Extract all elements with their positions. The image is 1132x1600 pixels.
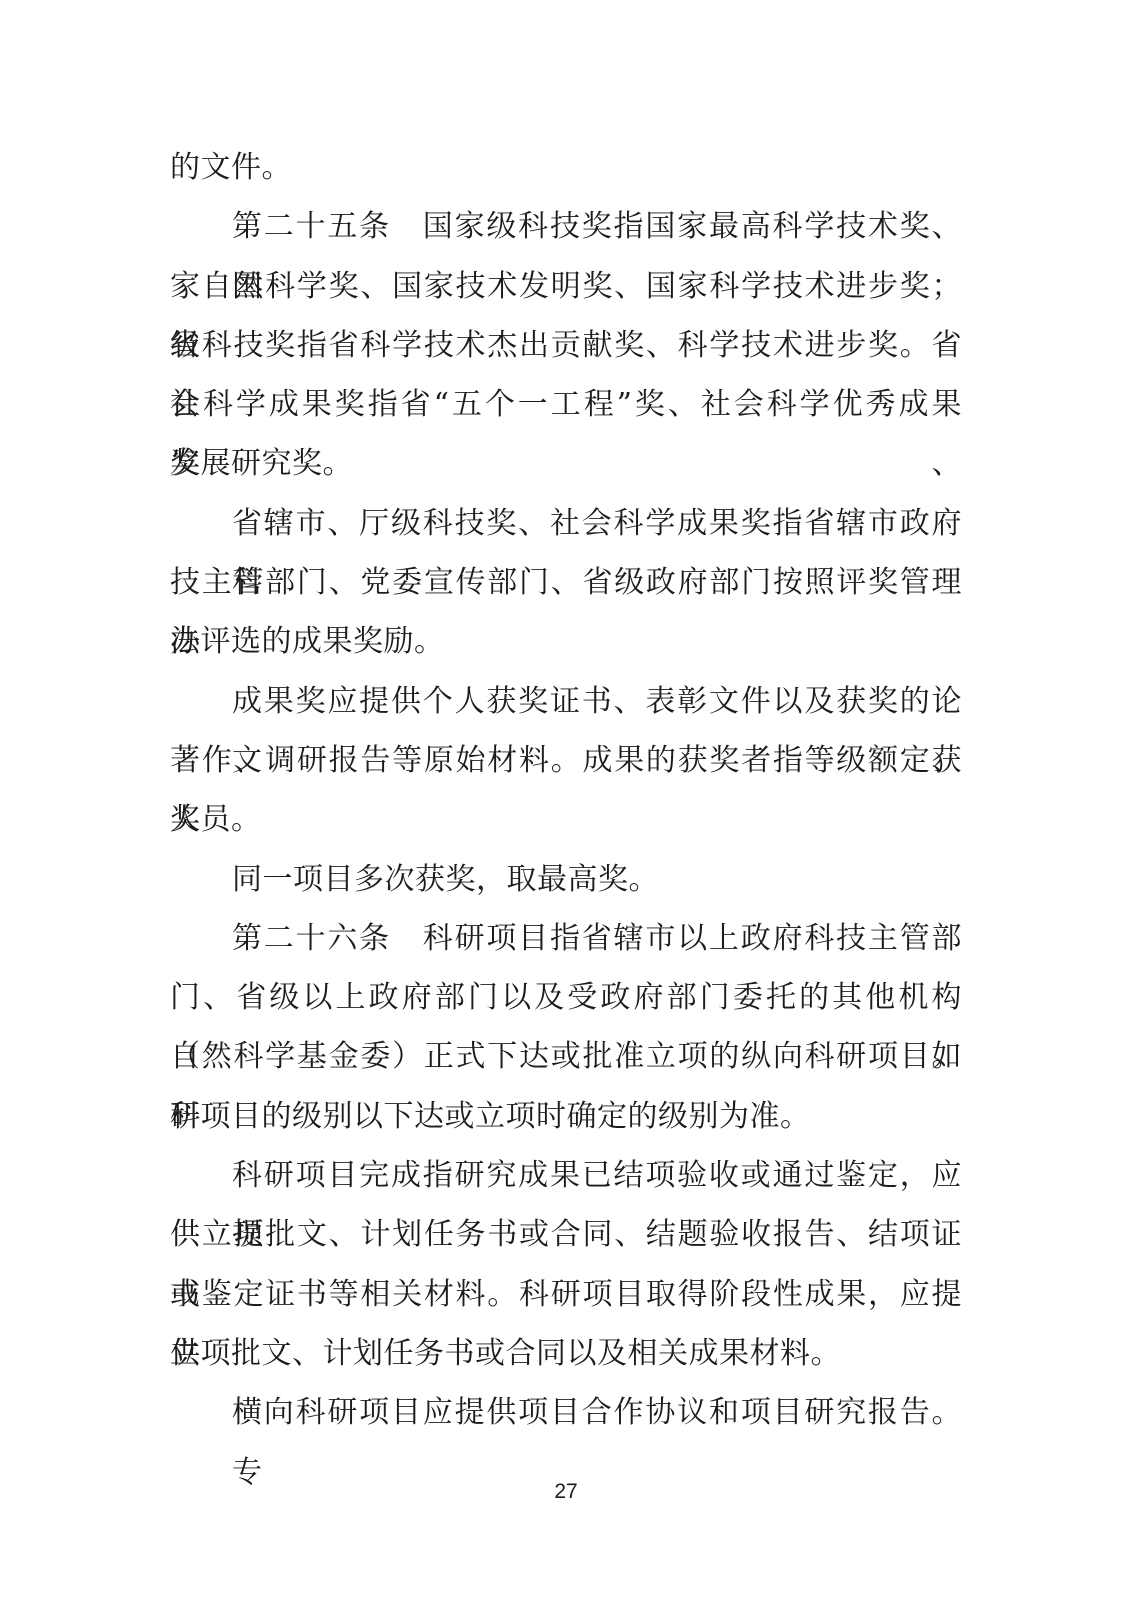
text-line: 第二十六条 科研项目指省辖市以上政府科技主管部	[170, 909, 962, 968]
text-line: 会科学成果奖指省“五个一工程”奖、社会科学优秀成果奖、	[170, 375, 962, 434]
text-line: 人员。	[170, 790, 962, 849]
text-line: 或鉴定证书等相关材料。科研项目取得阶段性成果，应提供	[170, 1265, 962, 1324]
page-number: 27	[0, 1480, 1132, 1504]
text-line: 的文件。	[170, 138, 962, 197]
text-line: 横向科研项目应提供项目合作协议和项目研究报告。专	[170, 1383, 962, 1442]
text-line: 家自然科学奖、国家技术发明奖、国家科学技术进步奖；省	[170, 257, 962, 316]
text-line: 法评选的成果奖励。	[170, 612, 962, 671]
text-line: 著作、调研报告等原始材料。成果的获奖者指等级额定获奖	[170, 731, 962, 790]
text-line: 科研项目完成指研究成果已结项验收或通过鉴定，应提	[170, 1146, 962, 1205]
text-line: 技主管部门、党委宣传部门、省级政府部门按照评奖管理办	[170, 553, 962, 612]
text-line: 级科技奖指省科学技术杰出贡献奖、科学技术进步奖。省社	[170, 316, 962, 375]
text-line: 自然科学基金委）正式下达或批准立项的纵向科研项目。科	[170, 1027, 962, 1086]
text-line: 成果奖应提供个人获奖证书、表彰文件以及获奖的论文、	[170, 672, 962, 731]
text-line: 省辖市、厅级科技奖、社会科学成果奖指省辖市政府科	[170, 494, 962, 553]
text-line: 供立项批文、计划任务书或合同、结题验收报告、结项证书	[170, 1205, 962, 1264]
text-line: 研项目的级别以下达或立项时确定的级别为准。	[170, 1087, 962, 1146]
text-line: 立项批文、计划任务书或合同以及相关成果材料。	[170, 1324, 962, 1383]
text-line: 同一项目多次获奖，取最高奖。	[170, 850, 962, 909]
document-page: 的文件。第二十五条 国家级科技奖指国家最高科学技术奖、国家自然科学奖、国家技术发…	[0, 0, 1132, 1600]
text-line: 第二十五条 国家级科技奖指国家最高科学技术奖、国	[170, 197, 962, 256]
document-body: 的文件。第二十五条 国家级科技奖指国家最高科学技术奖、国家自然科学奖、国家技术发…	[170, 138, 962, 1443]
text-line: 门、省级以上政府部门以及受政府部门委托的其他机构（如	[170, 968, 962, 1027]
